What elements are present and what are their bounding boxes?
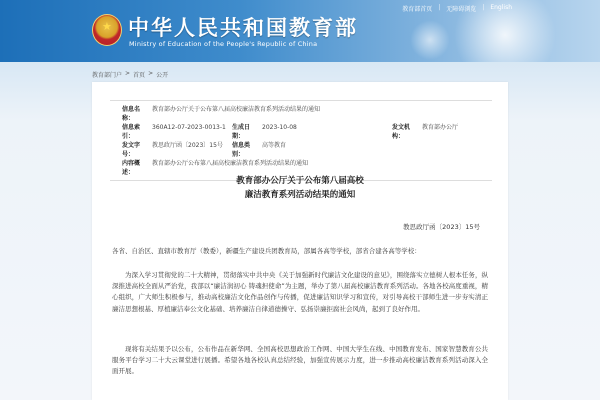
- document-number: 教思政厅函〔2023〕15号: [403, 222, 480, 231]
- body-paragraph: 现将有关结果予以公布，公布作品在新华网、全国高校思想政治工作网、中国大学生在线、…: [112, 344, 488, 378]
- meta-label: 发文字号：: [122, 141, 148, 159]
- link-moe-home[interactable]: 教育部首页: [402, 4, 432, 13]
- meta-value: 教思政厅函〔2023〕15号: [152, 141, 232, 159]
- site-header: ★ 中华人民共和国教育部 Ministry of Education of th…: [0, 0, 600, 62]
- document-title-line1: 教育部办公厅关于公布第八届高校: [92, 174, 508, 186]
- salutation: 各省、自治区、直辖市教育厅（教委），新疆生产建设兵团教育局，部属各高等学校，部省…: [112, 246, 421, 255]
- link-english[interactable]: English: [490, 4, 512, 13]
- separator: |: [438, 4, 440, 13]
- breadcrumb-separator: >: [125, 70, 130, 79]
- meta-value: 教育部办公厅: [422, 123, 458, 141]
- meta-value: 教育部办公厅关于公布第八届高校廉洁教育系列活动结果的通知: [152, 105, 320, 123]
- meta-row-index: 信息索引： 360A12-07-2023-0013-1 生成日期： 2023-1…: [110, 123, 492, 141]
- meta-label: 信息名称：: [122, 105, 148, 123]
- breadcrumb-separator: >: [148, 70, 153, 79]
- meta-label: 发文机构：: [392, 123, 418, 141]
- article-page: 信息名称： 教育部办公厅关于公布第八届高校廉洁教育系列活动结果的通知 信息索引：…: [92, 82, 508, 400]
- meta-label: 信息类别：: [232, 141, 258, 159]
- link-accessibility[interactable]: 无障碍浏览: [446, 4, 476, 13]
- meta-label: 生成日期：: [232, 123, 258, 141]
- site-subtitle: Ministry of Education of the People's Re…: [129, 40, 317, 48]
- meta-label: 信息索引：: [122, 123, 148, 141]
- separator: |: [482, 4, 484, 13]
- meta-value: 高等教育: [262, 141, 286, 159]
- meta-value: 360A12-07-2023-0013-1: [152, 123, 232, 141]
- document-title-line2: 廉洁教育系列活动结果的通知: [92, 188, 508, 200]
- site-title[interactable]: 中华人民共和国教育部: [128, 12, 358, 42]
- meta-row-name: 信息名称： 教育部办公厅关于公布第八届高校廉洁教育系列活动结果的通知: [110, 105, 492, 123]
- breadcrumb: 教育部门户 > 首页 > 公开: [92, 70, 168, 79]
- metadata-table: 信息名称： 教育部办公厅关于公布第八届高校廉洁教育系列活动结果的通知 信息索引：…: [110, 100, 492, 181]
- breadcrumb-item-public[interactable]: 公开: [156, 70, 168, 79]
- breadcrumb-item-portal[interactable]: 教育部门户: [92, 70, 122, 79]
- national-emblem-icon[interactable]: ★: [92, 14, 122, 46]
- meta-row-docno: 发文字号： 教思政厅函〔2023〕15号 信息类别： 高等教育: [110, 141, 492, 159]
- top-links: 教育部首页 | 无障碍浏览 | English: [402, 4, 512, 13]
- body-paragraph: 为深入学习贯彻党的二十大精神，贯彻落实中共中央《关于加强新时代廉洁文化建设的意见…: [112, 270, 488, 315]
- dandelion-decoration-small: [410, 20, 450, 60]
- breadcrumb-item-home[interactable]: 首页: [133, 70, 145, 79]
- meta-value: 2023-10-08: [262, 123, 392, 141]
